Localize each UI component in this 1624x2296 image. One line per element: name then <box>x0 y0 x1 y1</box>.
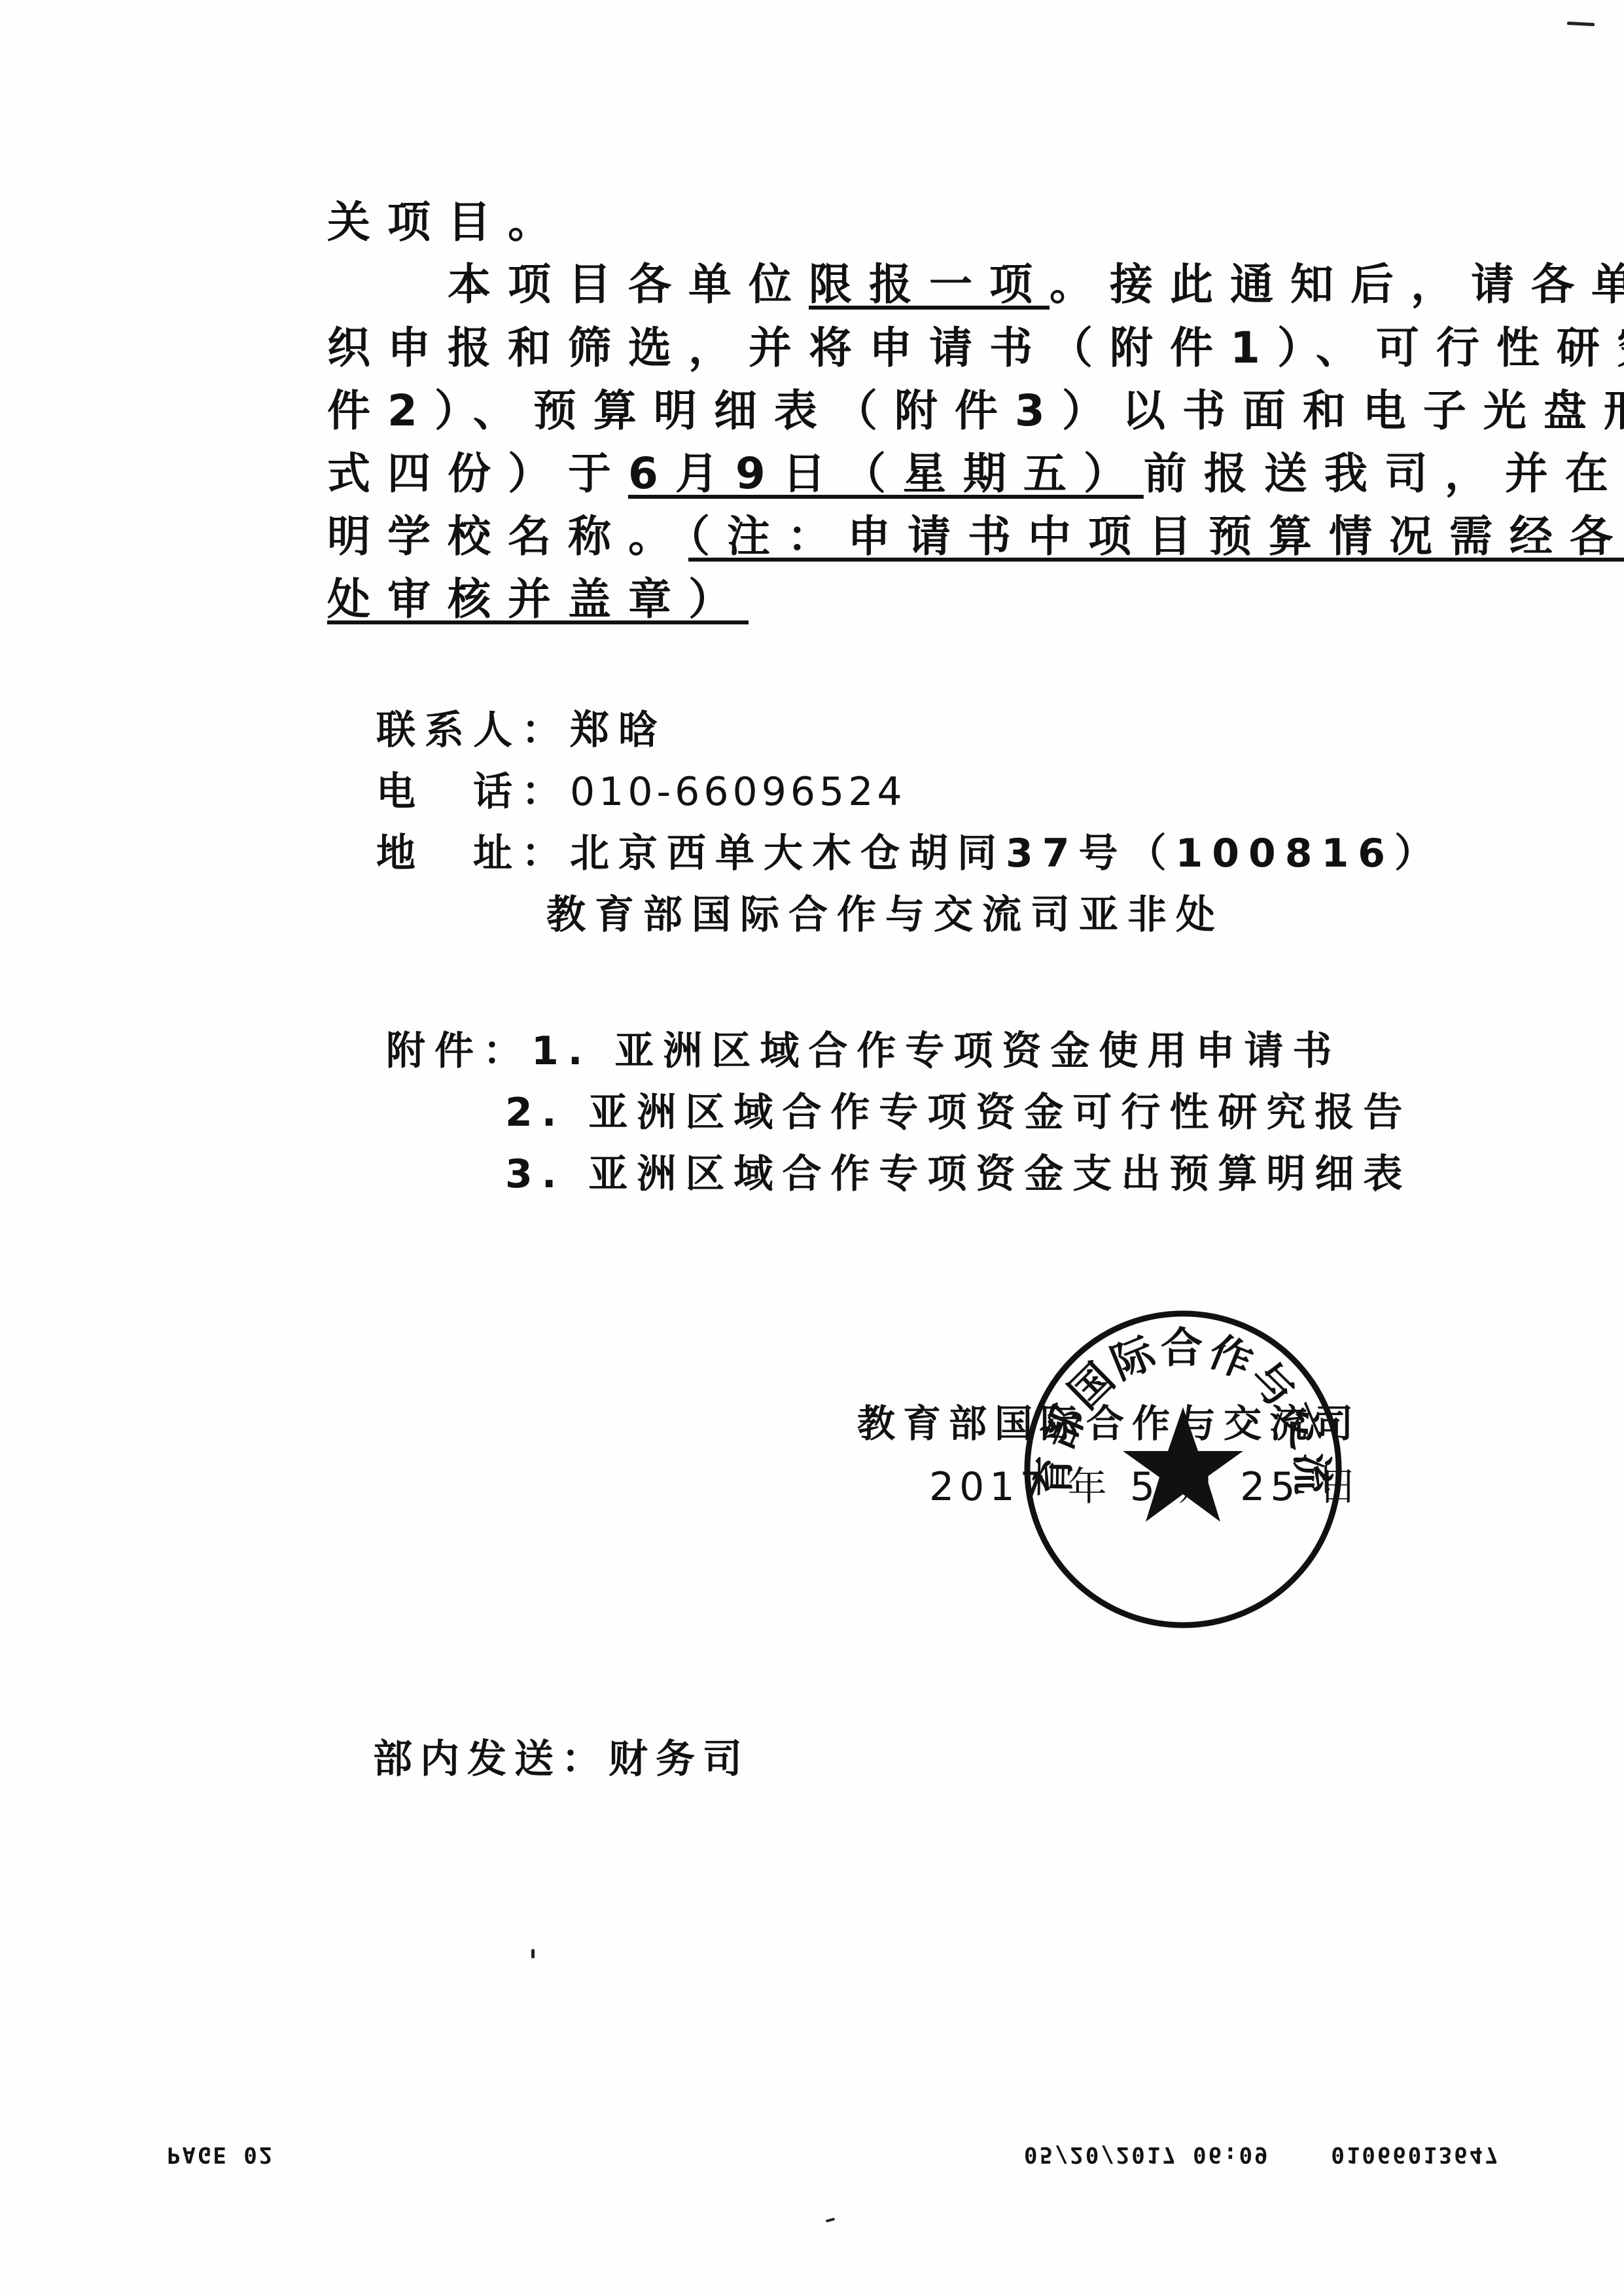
contact-address-line2: 教育部国际合作与交流司亚非处 <box>546 892 1224 938</box>
attachment-item-2: 2. 亚洲区域合作专项资金可行性研究报告 <box>505 1090 1411 1136</box>
document-page: 关项目。 本项目各单位限报一项。接此通知后，请各单位积极组 织申报和筛选，并将申… <box>0 0 1624 2296</box>
body-text: 前报送我司，并在光盘上注 <box>1144 448 1624 499</box>
body-text: 件2）、预算明细表（附件3）以书面和电子光盘形式（各一 <box>327 386 1624 436</box>
attachment-label: 附件： <box>386 1028 531 1074</box>
contact-address-2: 教育部国际合作与交流司亚非处 <box>546 890 1224 940</box>
body-line-2: 本项目各单位限报一项。接此通知后，请各单位积极组 <box>327 259 1624 311</box>
body-text: 关项目。 <box>327 197 568 247</box>
body-line-6: 明学校名称。（注：申请书中项目预算情况需经各单位财务 <box>327 511 1624 563</box>
contact-person-value: 郑晗 <box>570 708 667 753</box>
body-text: 明学校名称。 <box>327 511 688 562</box>
internal-distribution-label: 部内发送： <box>373 1736 609 1782</box>
internal-distribution: 部内发送：财务司 <box>373 1734 750 1784</box>
scan-mark <box>531 1949 535 1958</box>
fax-number: 01066013647 <box>1331 2142 1500 2168</box>
internal-distribution-value: 财务司 <box>609 1736 750 1782</box>
contact-address: 地 址：北京西单大木仓胡同37号（100816） <box>376 829 1443 878</box>
emphasis-deadline: 6月9日（星期五） <box>628 448 1144 499</box>
body-text: 本项目各单位 <box>327 259 809 310</box>
body-text: 式四份）于 <box>327 448 628 499</box>
attachment-item-3: 3. 亚洲区域合作专项资金支出预算明细表 <box>505 1151 1411 1197</box>
fax-datetime: 05/20/2017 06:09 <box>1024 2142 1270 2168</box>
contact-address-line1: 北京西单大木仓胡同37号（100816） <box>570 831 1443 876</box>
fax-page-number: PAGE 02 <box>167 2142 274 2168</box>
body-line-1: 关项目。 <box>327 196 568 249</box>
attachment-item-row-2: 2. 亚洲区域合作专项资金可行性研究报告 <box>505 1088 1411 1138</box>
contact-phone-value: 010-66096524 <box>570 769 906 815</box>
attachment-list: 附件：1. 亚洲区域合作专项资金使用申请书 <box>386 1026 1341 1076</box>
contact-phone: 电 话：010-66096524 <box>376 767 906 817</box>
contact-phone-label: 电 话： <box>376 769 570 815</box>
body-line-4: 件2）、预算明细表（附件3）以书面和电子光盘形式（各一 <box>327 385 1624 437</box>
emphasis-limit-one: 限报一项 <box>809 259 1050 310</box>
scan-mark <box>1567 22 1595 26</box>
attachment-item-1: 1. 亚洲区域合作专项资金使用申请书 <box>531 1028 1341 1074</box>
emphasis-note: （注：申请书中项目预算情况需经各单位财务 <box>688 511 1624 562</box>
scan-mark <box>826 2217 836 2222</box>
contact-address-label: 地 址： <box>376 831 570 876</box>
body-line-7: 处审核并盖章） <box>327 573 749 626</box>
attachment-item-row-3: 3. 亚洲区域合作专项资金支出预算明细表 <box>505 1149 1411 1199</box>
contact-person: 联系人：郑晗 <box>376 706 667 755</box>
body-line-5: 式四份）于6月9日（星期五）前报送我司，并在光盘上注 <box>327 448 1624 500</box>
body-line-3: 织申报和筛选，并将申请书（附件1）、可行性研究报告（附 <box>327 322 1624 374</box>
official-seal-icon: 教育部国际合作与交流司 <box>1013 1299 1353 1640</box>
body-text: 织申报和筛选，并将申请书（附件1）、可行性研究报告（附 <box>327 323 1624 373</box>
emphasis-note: 处审核并盖章） <box>327 574 749 624</box>
body-text: 。接此通知后，请各单位积极组 <box>1050 259 1624 310</box>
contact-person-label: 联系人： <box>376 708 570 753</box>
fax-transmission-info: 05/20/2017 06:09 01066013647 <box>1024 2142 1500 2168</box>
